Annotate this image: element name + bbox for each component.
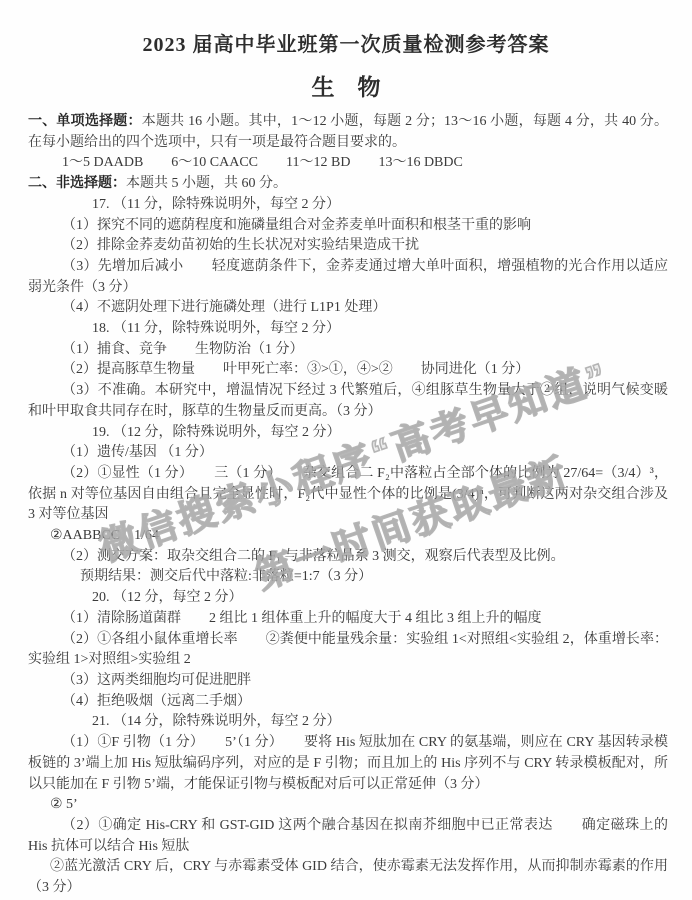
q19-answer-2: （2）①显性（1 分） 三（1 分） 杂交组合二 F₂中落粒占全部个体的比例为 … (28, 464, 668, 526)
q18-answer-2: （2）提高豚草生物量 叶甲死亡率：③>①，④>② 协同进化（1 分） (28, 360, 668, 381)
q18-header: 18. （11 分，除特殊说明外，每空 2 分） (28, 319, 668, 340)
q17-answer-2: （2）排除金荞麦幼苗初始的生长状况对实验结果造成干扰 (28, 236, 668, 257)
multiple-choice-answer-key: 1～5 DAADB 6～10 CAACC 11～12 BD 13～16 DBDC (28, 153, 668, 174)
document-title: 2023 届高中毕业班第一次质量检测参考答案 (0, 28, 692, 57)
q18-answer-1: （1）捕食、竞争 生物防治（1 分） (28, 340, 668, 361)
q18-answer-3: （3）不准确。本研究中，增温情况下经过 3 代繁殖后，④组豚草生物量大于②组，说… (28, 381, 668, 422)
q19-header: 19. （12 分，除特殊说明外，每空 2 分） (28, 423, 668, 444)
q19-answer-2b: ②AABBCC 1/64 (28, 526, 668, 547)
section-one-heading: 一、单项选择题：本题共 16 小题。其中，1～12 小题，每题 2 分；13～1… (28, 112, 668, 153)
q20-answer-3: （3）这两类细胞均可促进肥胖 (28, 671, 668, 692)
q21-header: 21. （14 分，除特殊说明外，每空 2 分） (28, 712, 668, 733)
q20-answer-1: （1）清除肠道菌群 2 组比 1 组体重上升的幅度大于 4 组比 3 组上升的幅… (28, 609, 668, 630)
section-two-desc: 本题共 5 小题，共 60 分。 (126, 176, 287, 191)
section-two-label: 二、非选择题： (28, 176, 126, 191)
q17-answer-3: （3）先增加后减小 轻度遮荫条件下，金荞麦通过增大单叶面积，增强植物的光合作用以… (28, 257, 668, 298)
q21-answer-1b: ② 5’ (28, 795, 668, 816)
q17-answer-4: （4）不遮阴处理下进行施磷处理（进行 L1P1 处理） (28, 298, 668, 319)
q20-header: 20. （12 分，每空 2 分） (28, 588, 668, 609)
document-page: 2023 届高中毕业班第一次质量检测参考答案 生 物 一、单项选择题：本题共 1… (0, 0, 692, 900)
q21-answer-2b: ②蓝光激活 CRY 后，CRY 与赤霉素受体 GID 结合，使赤霉素无法发挥作用… (28, 857, 668, 898)
subject-heading: 生 物 (0, 69, 692, 102)
q19-answer-3: （2）测交方案：取杂交组合二的 F₁ 与非落粒品系 3 测交，观察后代表型及比例… (28, 547, 668, 568)
q19-answer-3-expected: 预期结果：测交后代中落粒:非落粒=1:7（3 分） (28, 567, 668, 588)
q21-answer-2: （2）①确定 His-CRY 和 GST-GID 这两个融合基因在拟南芥细胞中已… (28, 816, 668, 857)
q17-answer-1: （1）探究不同的遮荫程度和施磷量组合对金荞麦单叶面积和根茎干重的影响 (28, 216, 668, 237)
section-two-heading: 二、非选择题：本题共 5 小题，共 60 分。 (28, 174, 668, 195)
document-body: 一、单项选择题：本题共 16 小题。其中，1～12 小题，每题 2 分；13～1… (0, 112, 692, 899)
q20-answer-4: （4）拒绝吸烟（远离二手烟） (28, 692, 668, 713)
q20-answer-2: （2）①各组小鼠体重增长率 ②粪便中能量残余量：实验组 1<对照组<实验组 2，… (28, 630, 668, 671)
q17-header: 17. （11 分，除特殊说明外，每空 2 分） (28, 195, 668, 216)
q21-answer-1: （1）①F 引物（1 分） 5’（1 分） 要将 His 短肽加在 CRY 的氨… (28, 733, 668, 795)
section-one-label: 一、单项选择题： (28, 114, 142, 129)
q19-answer-1: （1）遗传/基因 （1 分） (28, 443, 668, 464)
